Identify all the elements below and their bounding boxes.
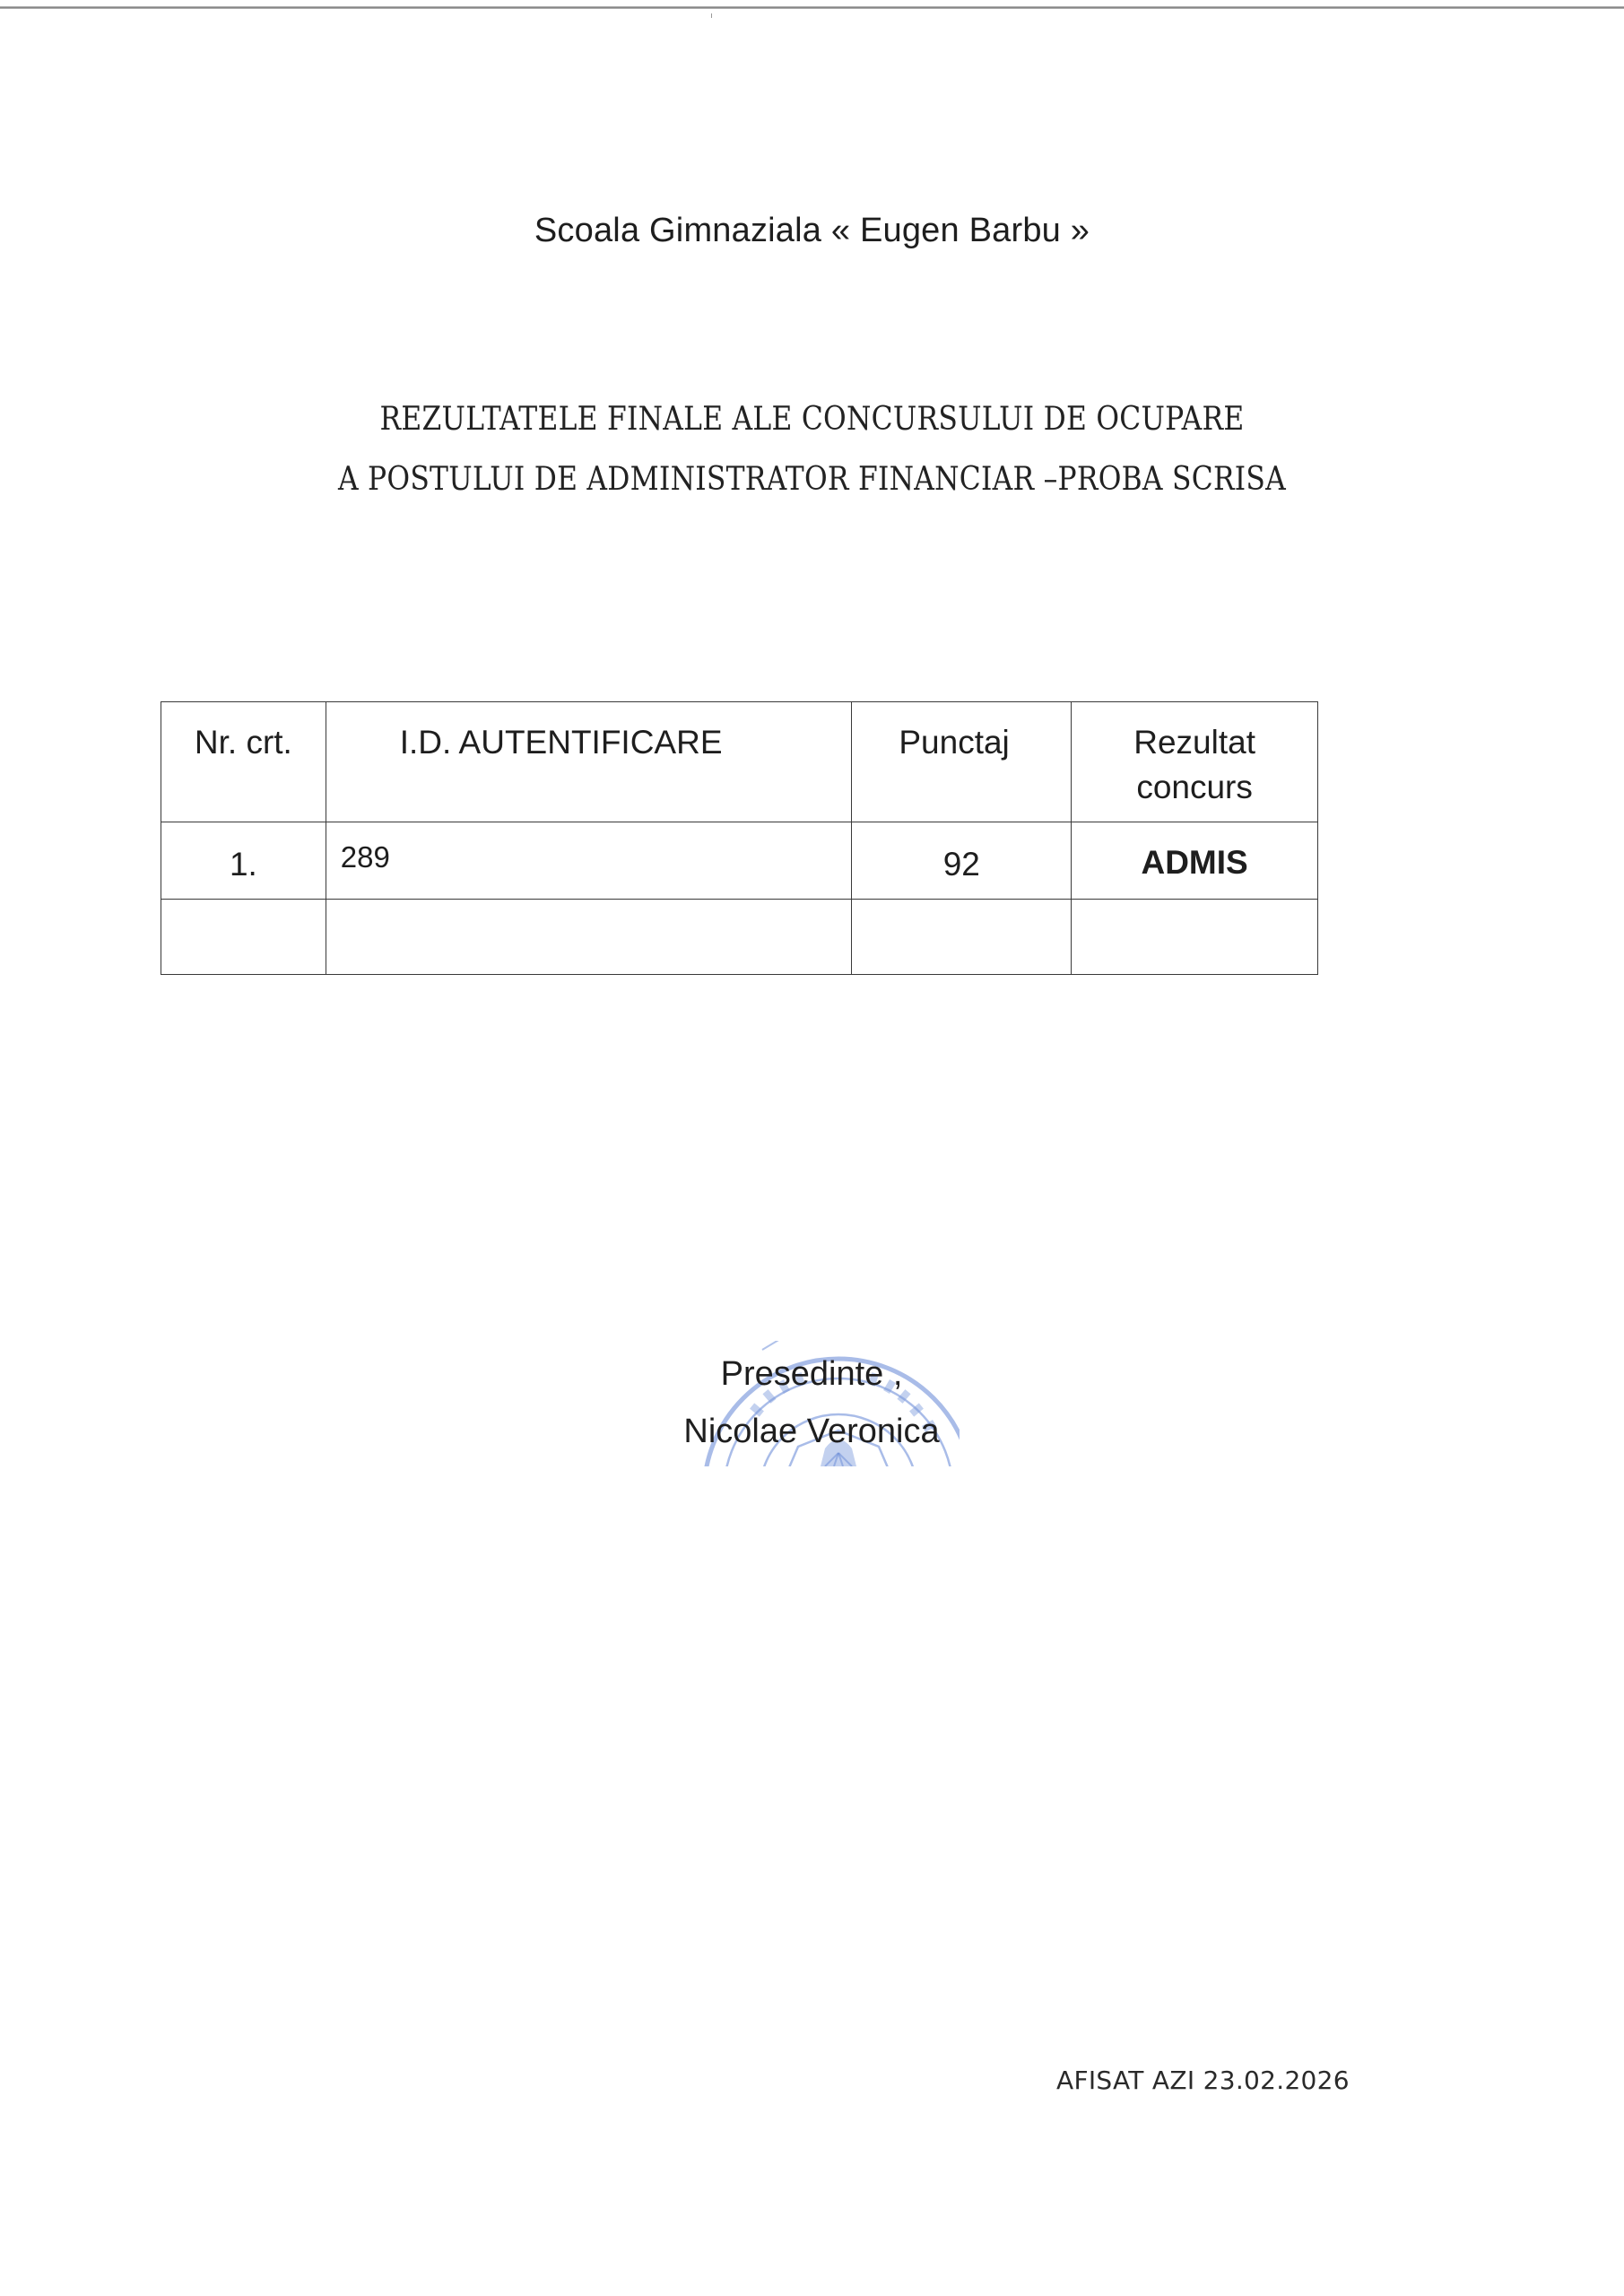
column-header-id-autentificare: I.D. AUTENTIFICARE bbox=[326, 702, 852, 822]
column-header-rezultat-line2: concurs bbox=[1072, 765, 1317, 810]
table-header-row: Nr. crt. I.D. AUTENTIFICARE Punctaj Rezu… bbox=[161, 702, 1318, 822]
results-table: Nr. crt. I.D. AUTENTIFICARE Punctaj Rezu… bbox=[161, 701, 1318, 975]
cell-punctaj bbox=[852, 900, 1072, 975]
cell-rezultat: ADMIS bbox=[1072, 822, 1318, 900]
signature-name: Nicolae Veronica bbox=[574, 1403, 1049, 1460]
scan-mark bbox=[711, 13, 712, 18]
column-header-rezultat-concurs: Rezultat concurs bbox=[1072, 702, 1318, 822]
table-row bbox=[161, 900, 1318, 975]
cell-rezultat bbox=[1072, 900, 1318, 975]
school-name: Scoala Gimnaziala « Eugen Barbu » bbox=[0, 212, 1624, 250]
column-header-nr-crt: Nr. crt. bbox=[161, 702, 326, 822]
document-title-line-1: REZULTATELE FINALE ALE CONCURSULUI DE OC… bbox=[106, 401, 1519, 438]
cell-id-autentificare bbox=[326, 900, 852, 975]
table-row: 1. 289 92 ADMIS bbox=[161, 822, 1318, 900]
cell-id-autentificare: 289 bbox=[326, 822, 852, 900]
cell-nr-crt bbox=[161, 900, 326, 975]
signature-role: Presedinte , bbox=[574, 1345, 1049, 1403]
cell-nr-crt: 1. bbox=[161, 822, 326, 900]
signature-block: Presedinte , Nicolae Veronica bbox=[574, 1345, 1049, 1460]
posted-date: AFISAT AZI 23.02.2026 bbox=[1056, 2066, 1350, 2095]
column-header-punctaj: Punctaj bbox=[852, 702, 1072, 822]
column-header-rezultat-line1: Rezultat bbox=[1072, 720, 1317, 765]
top-scan-border bbox=[0, 6, 1624, 9]
document-title-line-2: A POSTULUI DE ADMINISTRATOR FINANCIAR –P… bbox=[106, 461, 1519, 498]
cell-punctaj: 92 bbox=[852, 822, 1072, 900]
